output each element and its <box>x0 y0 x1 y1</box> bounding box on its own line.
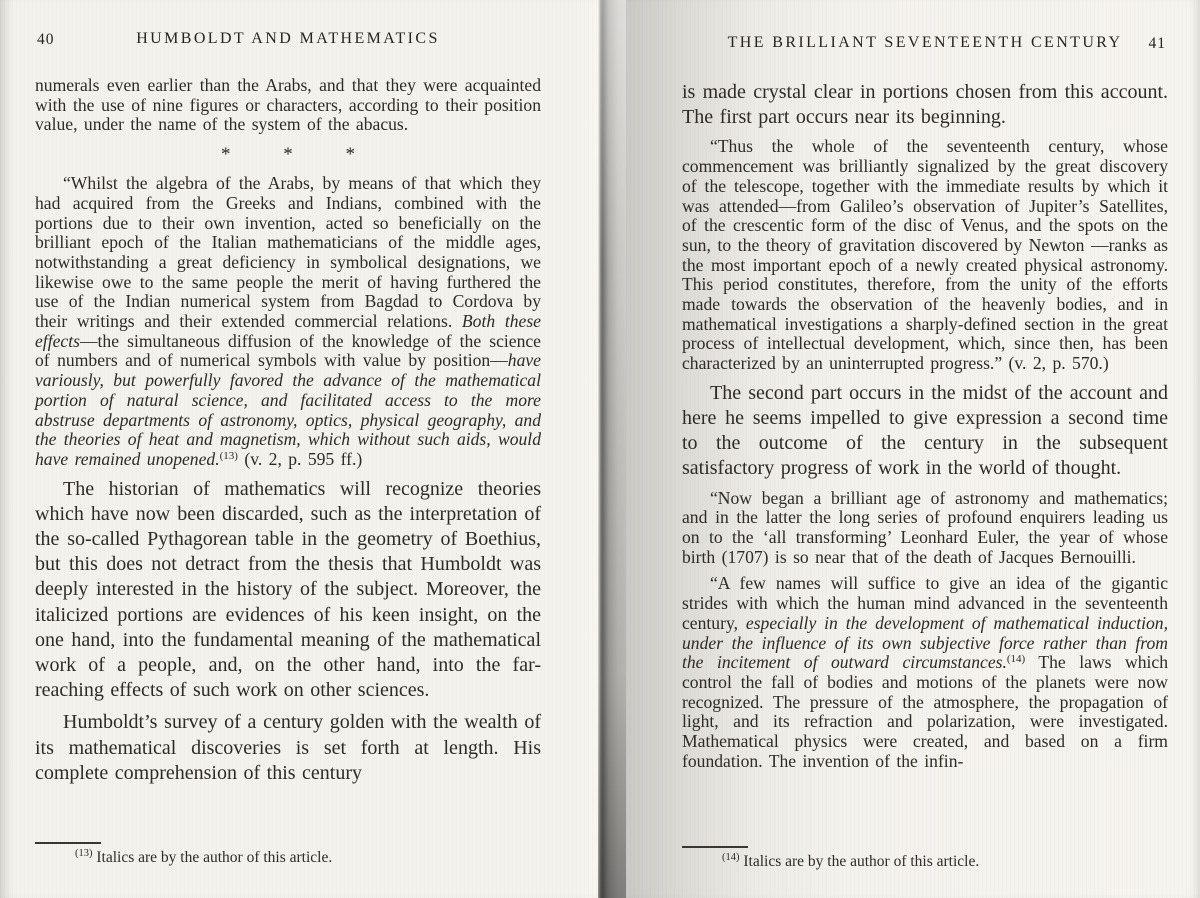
left-running-title: HUMBOLDT AND MATHEMATICS <box>136 30 440 47</box>
paragraph: numerals even earlier than the Arabs, an… <box>35 76 541 135</box>
footnote-marker: (13) <box>75 848 93 859</box>
left-page-number: 40 <box>37 31 55 49</box>
book-spread-scan: 40 HUMBOLDT AND MATHEMATICS numerals eve… <box>0 0 1200 898</box>
paragraph: “Thus the whole of the seventeenth centu… <box>682 137 1168 373</box>
left-page-content: 40 HUMBOLDT AND MATHEMATICS numerals eve… <box>35 30 541 786</box>
footnote-text: (14) Italics are by the author of this a… <box>682 853 1168 871</box>
left-footnote: (13) Italics are by the author of this a… <box>35 842 521 867</box>
paragraph: * * * <box>35 144 541 166</box>
paragraph: The historian of mathematics will recogn… <box>35 477 541 704</box>
footnote-body: Italics are by the author of this articl… <box>740 853 980 870</box>
left-page-body-text: numerals even earlier than the Arabs, an… <box>35 76 541 786</box>
paragraph: Humboldt’s survey of a century golden wi… <box>35 710 541 786</box>
footnote-body: Italics are by the author of this articl… <box>93 849 333 866</box>
right-footnote: (14) Italics are by the author of this a… <box>682 846 1168 871</box>
right-page-body-text: is made crystal clear in portions chosen… <box>682 80 1168 772</box>
footnote-rule <box>682 846 748 848</box>
right-page-scan: THE BRILLIANT SEVENTEENTH CENTURY 41 is … <box>626 0 1200 898</box>
footnote-marker: (14) <box>722 852 740 863</box>
right-running-head: THE BRILLIANT SEVENTEENTH CENTURY 41 <box>682 34 1168 56</box>
book-gutter-shadow <box>598 0 626 898</box>
paragraph: “Whilst the algebra of the Arabs, by mea… <box>35 174 541 470</box>
right-page-number: 41 <box>1149 35 1167 53</box>
paragraph: The second part occurs in the midst of t… <box>682 381 1168 482</box>
footnote-text: (13) Italics are by the author of this a… <box>35 849 521 867</box>
right-running-title: THE BRILLIANT SEVENTEENTH CENTURY <box>728 34 1123 51</box>
right-page-content: THE BRILLIANT SEVENTEENTH CENTURY 41 is … <box>682 34 1168 772</box>
left-page-scan: 40 HUMBOLDT AND MATHEMATICS numerals eve… <box>0 0 598 898</box>
left-running-head: 40 HUMBOLDT AND MATHEMATICS <box>35 30 541 52</box>
paragraph: “A few names will suffice to give an ide… <box>682 574 1168 771</box>
paragraph: “Now began a brilliant age of astronomy … <box>682 489 1168 568</box>
footnote-rule <box>35 842 101 844</box>
paragraph: is made crystal clear in portions chosen… <box>682 80 1168 130</box>
